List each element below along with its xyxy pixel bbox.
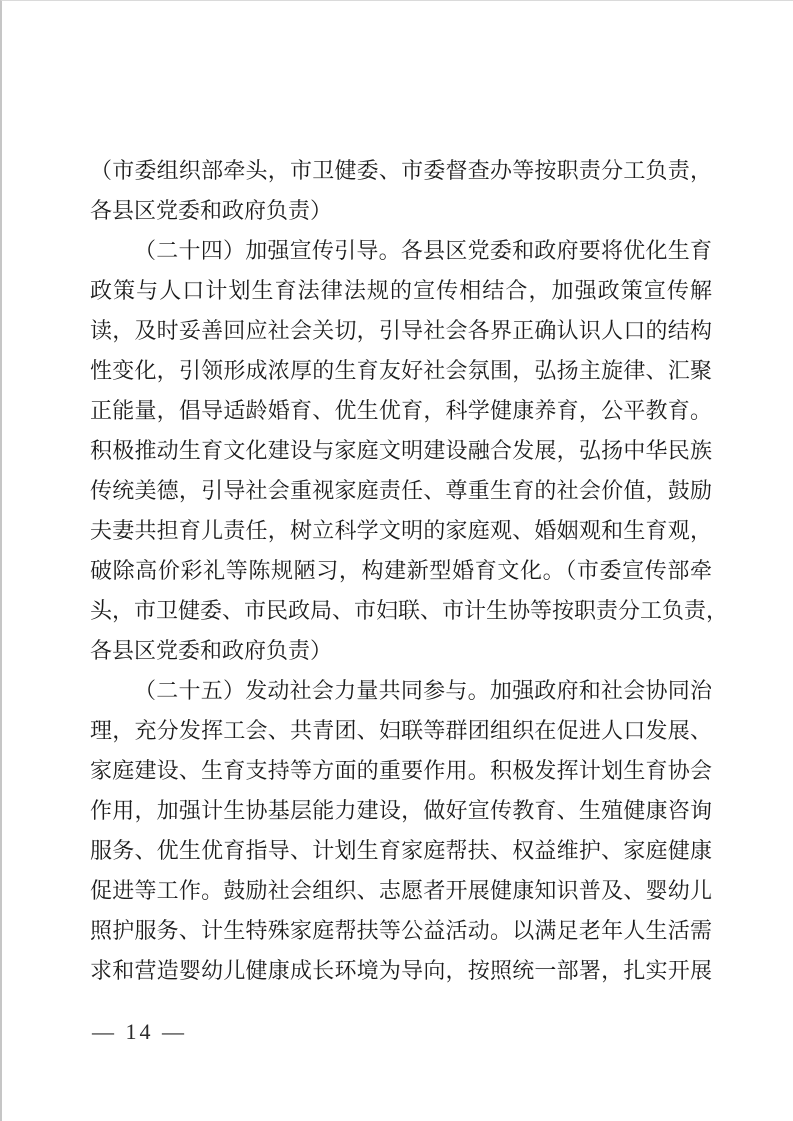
page-number: — 14 — [92,1016,187,1048]
text-line: 作用，加强计生协基层能力建设，做好宣传教育、生殖健康咨询 [90,791,712,831]
text-line: 求和营造婴幼儿健康成长环境为导向，按照统一部署，扎实开展 [90,951,712,991]
text-line: 各县区党委和政府负责） [90,631,712,671]
text-line: （二十四）加强宣传引导。各县区党委和政府要将优化生育 [90,231,712,271]
document-body: （市委组织部牵头，市卫健委、市委督查办等按职责分工负责， 各县区党委和政府负责）… [90,151,712,991]
text-line: 政策与人口计划生育法律法规的宣传相结合，加强政策宣传解 [90,271,712,311]
text-line: 照护服务、计生特殊家庭帮扶等公益活动。以满足老年人生活需 [90,911,712,951]
text-line: 传统美德，引导社会重视家庭责任、尊重生育的社会价值，鼓励 [90,471,712,511]
text-line: 性变化，引领形成浓厚的生育友好社会氛围，弘扬主旋律、汇聚 [90,351,712,391]
text-line: 读，及时妥善回应社会关切，引导社会各界正确认识人口的结构 [90,311,712,351]
text-line: （二十五）发动社会力量共同参与。加强政府和社会协同治 [90,671,712,711]
text-line: 各县区党委和政府负责） [90,191,712,231]
text-line: 服务、优生优育指导、计划生育家庭帮扶、权益维护、家庭健康 [90,831,712,871]
text-line: （市委组织部牵头，市卫健委、市委督查办等按职责分工负责， [90,151,712,191]
text-line: 头，市卫健委、市民政局、市妇联、市计生协等按职责分工负责， [90,591,712,631]
text-line: 促进等工作。鼓励社会组织、志愿者开展健康知识普及、婴幼儿 [90,871,712,911]
text-line: 积极推动生育文化建设与家庭文明建设融合发展，弘扬中华民族 [90,431,712,471]
document-page: （市委组织部牵头，市卫健委、市委督查办等按职责分工负责， 各县区党委和政府负责）… [0,0,793,1121]
text-line: 家庭建设、生育支持等方面的重要作用。积极发挥计划生育协会 [90,751,712,791]
text-line: 夫妻共担育儿责任，树立科学文明的家庭观、婚姻观和生育观， [90,511,712,551]
text-line: 理，充分发挥工会、共青团、妇联等群团组织在促进人口发展、 [90,711,712,751]
text-line: 破除高价彩礼等陈规陋习，构建新型婚育文化。（市委宣传部牵 [90,551,712,591]
text-line: 正能量，倡导适龄婚育、优生优育，科学健康养育，公平教育。 [90,391,712,431]
